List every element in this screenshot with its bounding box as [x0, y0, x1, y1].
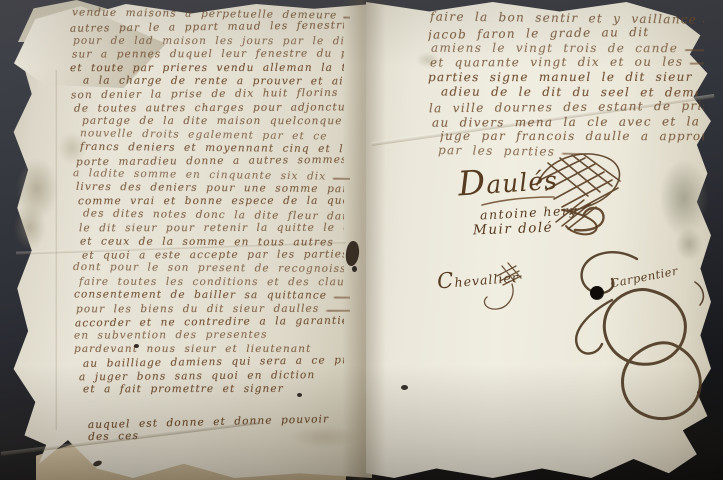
rule-off-stroke [325, 309, 350, 311]
rule-off-stroke [703, 21, 704, 23]
manuscript-line: partage de la dite maison quelconque la [82, 114, 350, 128]
line-text: consentement de bailler sa quittance [74, 288, 327, 301]
line-text: en subvention des presentes [74, 329, 268, 342]
line-text: adieu de le dit du seel et demeurant [441, 85, 698, 100]
signature-muir-dole: Muir dolé [473, 220, 554, 239]
manuscript-line: et quarante vingt dix et ou les [430, 55, 704, 71]
line-text: pour les biens du dit sieur daulles [76, 302, 319, 315]
line-text: faire toutes les conditions et des claus… [79, 275, 344, 287]
manuscript-line: et toute par prieres vendu alleman la to… [70, 60, 350, 74]
paper-speck [401, 385, 408, 390]
line-text: et quarante vingt dix et ou les [430, 55, 683, 70]
line-text: au divers mena la cle avec et la premier… [432, 114, 704, 129]
line-text: parties signe manuel le dit sieur noire [428, 70, 698, 84]
manuscript-line: juge par francois daulle a approuver [440, 129, 704, 144]
line-text: son denier la prise de dix huit florins … [71, 87, 344, 102]
manuscript-line: par les parties [438, 143, 582, 160]
rule-off-stroke [689, 63, 704, 65]
manuscript-line: amiens le vingt trois de cande [431, 40, 704, 55]
line-text: et toute par prieres vendu alleman la to… [70, 61, 344, 73]
line-text: le dit sieur pour retenir la quitte le d… [79, 222, 344, 235]
manuscript-line: la ville dournes des estant de pris du [429, 98, 704, 115]
rule-off-stroke [684, 49, 704, 51]
line-text: jacob faron le grade au dit [428, 25, 650, 42]
manuscript-line: jacob faron le grade au dit [428, 24, 704, 42]
manuscript-line: dont pour le son present de recognoissan… [73, 260, 350, 275]
rule-off-stroke [332, 177, 350, 179]
line-text: comme vrai et bonne espece de la quelle [78, 195, 344, 207]
paper-speck [134, 344, 139, 348]
line-text: par les parties [438, 144, 555, 160]
paper-hole [590, 286, 604, 300]
manuscript-line: de toutes autres charges pour adjoncture [74, 100, 350, 115]
manuscript-line: sur a pennes duquel leur fenestre du pon… [72, 47, 350, 61]
right-page-text: faire la bon sentir et y vaillancejacob … [428, 11, 704, 159]
manuscript-line: parties signe manuel le dit sieur noire [428, 70, 704, 85]
rule-off-stroke [333, 296, 350, 298]
line-text: partage de la dite maison quelconque la [82, 115, 344, 127]
manuscript-line: et a fait promettre et signer [83, 382, 350, 396]
left-page-text: vendue maisons a perpetuelle demeureautr… [70, 7, 350, 395]
line-text: pour de lad maison les jours par le dit … [73, 34, 344, 46]
manuscript-line: consentement de bailler sa quittance [74, 288, 350, 303]
manuscript-line: adieu de le dit du seel et demeurant [441, 85, 704, 101]
line-text: a juger bons sans quoi en diction [79, 368, 315, 382]
line-text: dont pour le son present de recognoissan… [73, 261, 344, 275]
manuscript-line: pour de lad maison les jours par le dit … [73, 34, 350, 48]
line-text: livres des deniers pour une somme par ic… [76, 181, 344, 195]
manuscript-line: le dit sieur pour retenir la quitte le d… [79, 221, 350, 235]
signature-daules: Daulés [457, 158, 559, 204]
rule-off-stroke [561, 153, 581, 155]
line-text: de toutes autres charges pour adjoncture [74, 101, 344, 114]
line-text: la ville dournes des estant de pris du [429, 99, 704, 116]
line-text: et a fait promettre et signer [83, 382, 284, 394]
line-text: autres par le a ppart maud les fenestrie… [70, 19, 344, 34]
manuscript-line: et ceux de la somme en tous autres [80, 234, 350, 248]
line-text: pardevant nous sieur et lieutenant [74, 342, 311, 354]
manuscript-line: faire toutes les conditions et des claus… [79, 275, 350, 289]
line-text: amiens le vingt trois de cande [431, 41, 678, 55]
paper-speck [352, 266, 357, 272]
line-text: et ceux de la somme en tous autres [80, 235, 334, 248]
paper-speck [297, 393, 302, 397]
line-text: des dites notes donc la dite fleur daull… [83, 207, 344, 222]
manuscript-line: en subvention des presentes [74, 328, 350, 343]
manuscript-line: au divers mena la cle avec et la premier… [432, 114, 704, 130]
line-text: sur a pennes duquel leur fenestre du pon… [72, 47, 344, 60]
manuscript-scan: vendue maisons a perpetuelle demeureautr… [0, 0, 723, 480]
line-text: juge par francois daulle a approuver [440, 130, 704, 144]
